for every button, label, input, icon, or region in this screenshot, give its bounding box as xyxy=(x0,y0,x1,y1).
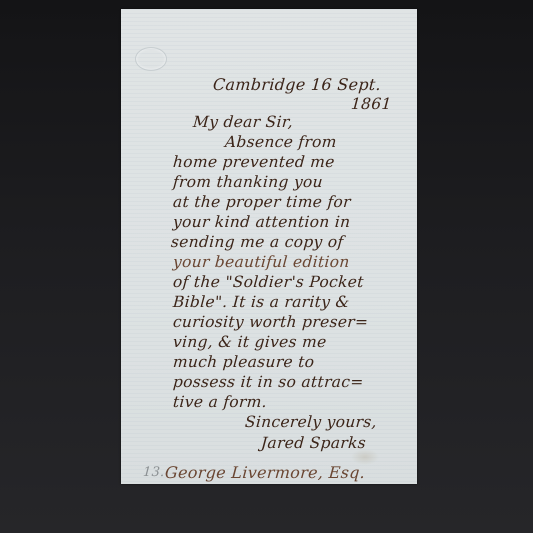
dateline-year: 1861 xyxy=(350,95,392,113)
letter-paper: Cambridge 16 Sept. 1861 My dear Sir, Abs… xyxy=(121,9,417,484)
body-line: home prevented me xyxy=(172,153,335,171)
body-line: tive a form. xyxy=(172,393,267,411)
body-line: Bible". It is a rarity & xyxy=(172,293,350,311)
body-line: at the proper time for xyxy=(172,193,351,211)
dateline-place-date: Cambridge 16 Sept. xyxy=(212,75,381,94)
signature: Jared Sparks xyxy=(260,434,366,452)
embossed-stamp xyxy=(135,47,167,71)
addressee-mark: 13. xyxy=(142,465,165,480)
body-line: possess it in so attrac= xyxy=(172,373,364,391)
body-line: your beautiful edition xyxy=(172,253,350,271)
salutation: My dear Sir, xyxy=(192,113,293,131)
body-line: much pleasure to xyxy=(172,353,315,371)
body-line: Absence from xyxy=(224,133,337,151)
body-line: your kind attention in xyxy=(172,213,351,231)
body-line: curiosity worth preser= xyxy=(172,313,369,331)
addressee-name: George Livermore, Esq. xyxy=(164,463,365,482)
closing: Sincerely yours, xyxy=(244,413,377,431)
body-line: of the "Soldier's Pocket xyxy=(172,273,364,291)
body-line: from thanking you xyxy=(172,173,323,191)
body-line: ving, & it gives me xyxy=(172,333,327,351)
body-line: sending me a copy of xyxy=(170,233,344,251)
